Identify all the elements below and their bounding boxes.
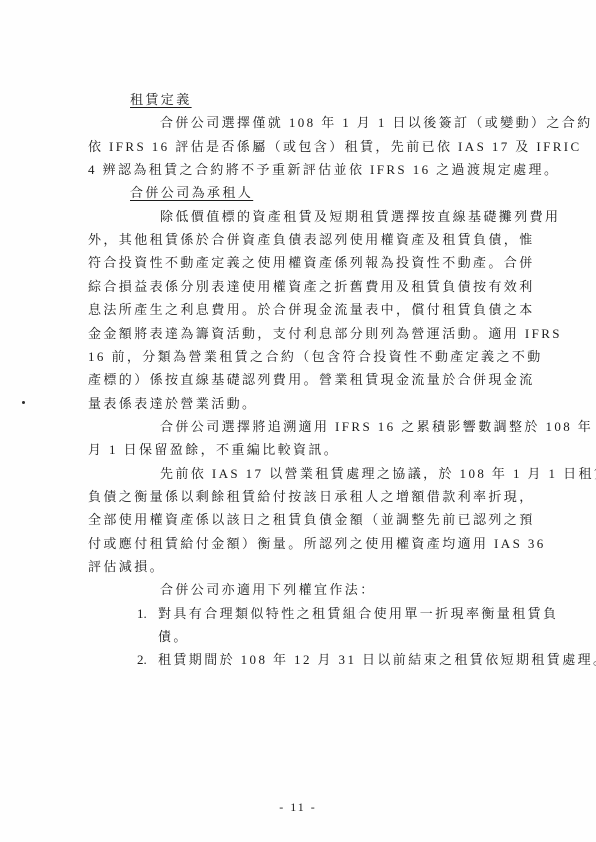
text-line: 合併公司選擇將追溯適用 IFRS 16 之累積影響數調整於 108 年 1: [160, 419, 596, 434]
text-line: 負債之衡量係以剩餘租賃給付按該日承租人之增額借款利率折現，: [88, 489, 535, 504]
text-line: 合併公司選擇僅就 108 年 1 月 1 日以後簽訂（或變動）之合約: [160, 115, 593, 130]
text-line: 16 前，分類為營業租賃之合約（包含符合投資性不動產定義之不動: [88, 349, 543, 364]
page-number: - 11 -: [0, 800, 596, 815]
document-page: 租賃定義合併公司選擇僅就 108 年 1 月 1 日以後簽訂（或變動）之合約依 …: [0, 0, 596, 842]
text-line: 付或應付租賃給付金額）衡量。所認列之使用權資產均適用 IAS 36: [88, 536, 546, 551]
text-line: 先前依 IAS 17 以營業租賃處理之協議，於 108 年 1 月 1 日租賃: [160, 466, 596, 481]
text-line: 月 1 日保留盈餘，不重編比較資訊。: [88, 442, 339, 457]
text-line: 綜合損益表係分別表達使用權資產之折舊費用及租賃負債按有效利: [88, 279, 535, 294]
list-item-continuation: 債。: [158, 629, 189, 644]
text-line: 息法所產生之利息費用。於合併現金流量表中，償付租賃負債之本: [88, 302, 535, 317]
text-line: 全部使用權資產係以該日之租賃負債金額（並調整先前已認列之預: [88, 512, 535, 527]
text-line: 評估減損。: [88, 559, 165, 574]
section-heading: 合併公司為承租人: [130, 185, 253, 200]
section-heading: 租賃定義: [130, 92, 192, 107]
list-item: 2.租賃期間於 108 年 12 月 31 日以前結束之租賃依短期租賃處理。: [137, 652, 596, 667]
text-line: 量表係表達於營業活動。: [88, 396, 257, 411]
text-line: 金金額將表達為籌資活動，支付利息部分則列為營運活動。適用 IFRS: [88, 326, 562, 341]
list-item-text: 對具有合理類似特性之租賃組合使用單一折現率衡量租賃負: [158, 606, 558, 621]
list-number: 2.: [137, 652, 158, 667]
text-line: 符合投資性不動產定義之使用權資產係列報為投資性不動產。合併: [88, 255, 535, 270]
text-line: 4 辨認為租賃之合約將不予重新評估並依 IFRS 16 之過渡規定處理。: [88, 162, 559, 177]
text-line: 外，其他租賃係於合併資產負債表認列使用權資產及租賃負債，惟: [88, 232, 535, 247]
list-number: 1.: [137, 606, 158, 621]
list-item: 1.對具有合理類似特性之租賃組合使用單一折現率衡量租賃負: [137, 606, 558, 621]
scan-artifact-dot: [22, 401, 25, 404]
list-item-text: 租賃期間於 108 年 12 月 31 日以前結束之租賃依短期租賃處理。: [158, 652, 596, 667]
text-line: 合併公司亦適用下列權宜作法：: [160, 582, 376, 597]
text-line: 依 IFRS 16 評估是否係屬（或包含）租賃，先前已依 IAS 17 及 IF…: [88, 139, 582, 154]
text-line: 產標的）係按直線基礎認列費用。營業租賃現金流量於合併現金流: [88, 372, 535, 387]
text-line: 除低價值標的資產租賃及短期租賃選擇按直線基礎攤列費用: [160, 209, 560, 224]
